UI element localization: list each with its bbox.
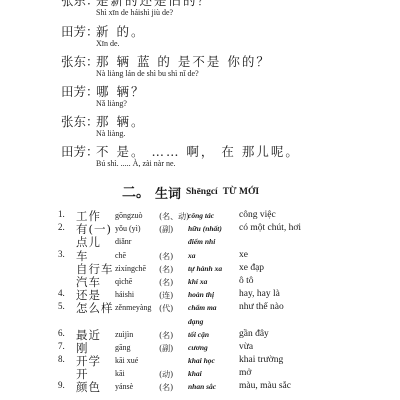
- vocab-pinyin: zuìjìn: [115, 330, 133, 339]
- vocab-han-viet: nhan sắc: [188, 382, 216, 391]
- vocab-pinyin: kāi xué: [115, 356, 138, 365]
- vocab-han-viet: chẩm ma: [188, 303, 217, 312]
- vocab-number: 9.: [58, 380, 65, 390]
- vocab-number: 3.: [58, 249, 65, 259]
- vocab-number: 4.: [58, 288, 65, 298]
- vocab-number: 5.: [58, 301, 65, 311]
- vocab-meaning: công việc: [239, 210, 276, 220]
- vocab-pinyin: yǒu (yì): [115, 224, 141, 233]
- vocab-han-viet: khai học: [188, 356, 215, 365]
- dialogue-chinese: 哪 辆？: [96, 84, 145, 99]
- vocab-han-viet: khai: [188, 369, 202, 378]
- dialogue-line: 田芳：新 的。 Xīn de.: [61, 24, 145, 49]
- dialogue-pinyin: Xīn de.: [96, 39, 145, 49]
- vocab-pinyin: gāng: [115, 343, 131, 352]
- speaker: 张东：: [61, 54, 96, 69]
- vocab-number: 2.: [58, 222, 65, 232]
- dialogue-chinese: 那 辆。: [96, 114, 145, 129]
- vocab-pinyin: yánsè: [115, 382, 133, 391]
- speaker: 张东：: [61, 0, 96, 8]
- vocab-pinyin: chē: [115, 251, 126, 260]
- vocab-meaning: có một chút, hơi: [239, 223, 301, 233]
- vocab-pos: (名): [159, 382, 173, 393]
- vocab-number: 6.: [58, 328, 65, 338]
- vocab-pos: (名): [159, 251, 173, 262]
- vocab-number: 1.: [58, 209, 65, 219]
- vocab-han-viet: xa: [188, 251, 196, 260]
- section-title-chinese: 生词: [155, 183, 181, 202]
- dialogue-chinese: 不 是。 …… 啊， 在 那儿呢。: [96, 144, 300, 159]
- dialogue-chinese: 新 的。: [96, 24, 145, 39]
- vocab-pinyin: zìxíngchē: [115, 264, 146, 273]
- vocab-pinyin: háishi: [115, 290, 134, 299]
- section-number: 二。: [122, 182, 150, 202]
- vocab-meaning: xe đạp: [239, 263, 264, 273]
- vocab-han-viet: dạng: [188, 317, 203, 326]
- vocab-pos: (名、动): [159, 211, 189, 222]
- vocab-han-viet: khí xa: [188, 277, 207, 286]
- vocab-pinyin: kāi: [115, 369, 125, 378]
- vocab-han-viet: tự hành xa: [188, 264, 222, 273]
- vocab-meaning: vừa: [239, 342, 253, 352]
- section-heading: 二。 生词 Shēngcí TỪ MỚI: [122, 182, 259, 202]
- vocab-pos: (名): [159, 277, 173, 288]
- section-title-pinyin: Shēngcí: [186, 187, 218, 197]
- vocab-pos: (代): [159, 303, 173, 314]
- dialogue-line: 田芳：不 是。 …… 啊， 在 那儿呢。 Bú shì. ..... À, zà…: [61, 144, 300, 169]
- speaker: 田芳：: [61, 24, 96, 39]
- vocab-meaning: như thế nào: [239, 302, 284, 312]
- vocab-pinyin: diǎnr: [115, 237, 131, 246]
- vocab-pinyin: qìchē: [115, 277, 132, 286]
- vocab-pinyin: gōngzuò: [115, 211, 143, 220]
- vocab-han-viet: công tác: [188, 211, 214, 220]
- vocab-meaning: mở: [239, 368, 251, 378]
- vocab-pinyin: zěnmeyàng: [115, 303, 151, 312]
- vocab-han-viet: hữu (nhất): [188, 224, 222, 233]
- dialogue-line: 田芳：哪 辆？ Nǎ liàng?: [61, 84, 145, 109]
- dialogue-pinyin: Nǎ liàng?: [96, 99, 145, 109]
- vocab-han-viet: điểm nhi: [188, 237, 215, 246]
- vocab-meaning: ô tô: [239, 276, 254, 286]
- vocab-han-viet: tối cận: [188, 330, 209, 339]
- vocab-hanzi: 颜色: [76, 379, 101, 395]
- dialogue-line: 张东：那 辆 蓝 的 是不是 你的？ Nà liàng lán de shì b…: [61, 54, 271, 79]
- dialogue-pinyin: Shì xīn de háishì jiù de?: [96, 8, 212, 18]
- dialogue-line: 张东：是新的还是旧的？ Shì xīn de háishì jiù de?: [61, 0, 212, 18]
- vocab-number: 7.: [58, 341, 65, 351]
- dialogue-pinyin: Bú shì. ..... À, zài nàr ne.: [96, 159, 300, 169]
- vocab-pos: (副): [159, 343, 173, 354]
- speaker: 田芳：: [61, 144, 96, 159]
- vocab-han-viet: hoàn thị: [188, 290, 214, 299]
- vocab-pos: (副): [159, 224, 173, 235]
- vocab-han-viet: cương: [188, 343, 208, 352]
- dialogue-chinese: 是新的还是旧的？: [96, 0, 212, 8]
- speaker: 田芳：: [61, 84, 96, 99]
- vocab-meaning: hay, hay là: [239, 289, 280, 299]
- dialogue-line: 张东：那 辆。 Nà liàng.: [61, 114, 145, 139]
- speaker: 张东：: [61, 114, 96, 129]
- vocab-meaning: khai trường: [239, 355, 283, 365]
- vocab-meaning: màu, màu sắc: [239, 381, 291, 391]
- section-title-vietnamese: TỪ MỚI: [223, 187, 259, 197]
- vocab-pos: (名): [159, 330, 173, 341]
- vocab-pos: (连): [159, 290, 173, 301]
- vocab-hanzi: 怎么样: [76, 300, 114, 316]
- vocab-pos: (名): [159, 264, 173, 275]
- dialogue-chinese: 那 辆 蓝 的 是不是 你的？: [96, 54, 271, 69]
- vocab-number: 8.: [58, 354, 65, 364]
- vocab-meaning: xe: [239, 250, 248, 260]
- vocab-meaning: gần đây: [239, 329, 269, 339]
- vocab-pos: (动): [159, 369, 173, 380]
- dialogue-pinyin: Nà liàng lán de shì bu shì nǐ de?: [96, 69, 271, 79]
- dialogue-pinyin: Nà liàng.: [96, 129, 145, 139]
